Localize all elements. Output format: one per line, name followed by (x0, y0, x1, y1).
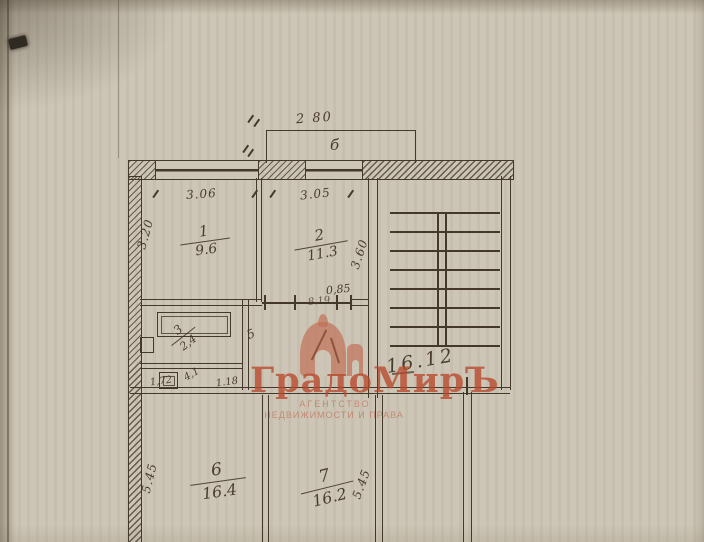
stair-stringer (445, 214, 447, 347)
pen-stroke (330, 337, 340, 363)
wall-lower-right (463, 392, 472, 542)
dim-room2-width: 3.05 (299, 186, 331, 201)
wall-room7-right (375, 395, 383, 542)
pen-stroke (311, 329, 328, 360)
room-label-1: 1 9.6 (178, 221, 232, 261)
room-label-7: 7 16.2 (296, 462, 358, 512)
dimension-tick (242, 145, 248, 153)
dim-room2-depth: 3.60 (349, 238, 370, 271)
dimension-tick (347, 190, 353, 198)
window-room1 (155, 161, 259, 179)
door-jamb-tick (264, 295, 266, 310)
wall-section-bottom (130, 387, 510, 394)
watermark-subtitle-2: недвижимости и права (258, 410, 410, 420)
scanned-floorplan-page: 2 80 б (0, 0, 704, 542)
dimension-tick (247, 115, 253, 123)
paper-edge-line (7, 0, 9, 542)
window-room2 (305, 161, 363, 179)
door-jamb-tick (350, 295, 352, 310)
stair-stringer (437, 214, 439, 347)
dimension-tick (253, 119, 259, 127)
logo-annex (347, 344, 363, 376)
wc-label: 4,1 (183, 367, 202, 384)
wall-bath-hall (242, 300, 249, 390)
scribble-note: 8.19 (308, 296, 331, 308)
dim-room6-depth: 5.45 (140, 462, 159, 495)
wall-room6-room7 (262, 395, 269, 542)
wall-mid-right (352, 299, 368, 306)
ink-smudge (8, 35, 28, 50)
dimension-tick (152, 190, 158, 198)
dimension-tick (269, 190, 275, 198)
margin-crease-line (118, 0, 119, 158)
staircase (380, 178, 502, 350)
logo-dome (300, 322, 346, 376)
balcony-width-dim: 2 80 (296, 111, 334, 127)
dimension-tick (247, 149, 253, 157)
logo-arch-cut (315, 350, 331, 376)
wall-right (501, 176, 511, 390)
dim-room1-width: 3.06 (186, 187, 217, 201)
room-label-2: 2 11.3 (291, 224, 350, 267)
watermark: ГрадоМирЪ агентство недвижимости и права (0, 0, 704, 542)
wall-room1-room2 (256, 178, 262, 302)
wall-top (128, 160, 514, 180)
balcony-label: б (330, 138, 339, 153)
balcony-outline (266, 130, 416, 163)
wall-stairwell (368, 178, 378, 398)
sink (140, 337, 154, 353)
logo-annex-arch-cut (352, 360, 359, 376)
door-jamb-tick (294, 295, 296, 310)
dim-room7-depth: 5.45 (350, 468, 372, 501)
room-label-6: 6 16.4 (188, 458, 249, 503)
logo-dome-tip (318, 314, 328, 327)
door-jamb-tick (336, 295, 338, 310)
